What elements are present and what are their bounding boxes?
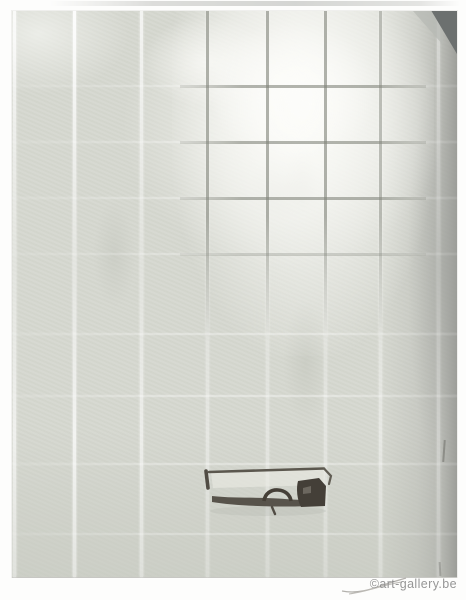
artwork-photo: ©art-gallery.be [0, 0, 466, 600]
tile-joint-horizontal [12, 395, 457, 397]
grout-line-vertical [324, 11, 327, 342]
niche-under-shadow [210, 506, 326, 516]
tile-joint-vertical [73, 11, 76, 577]
grout-line-vertical [379, 11, 382, 342]
niche-dark-object [297, 478, 326, 507]
gallery-watermark: ©art-gallery.be [370, 577, 457, 591]
grout-line-horizontal [180, 197, 426, 200]
grout-line-vertical [206, 11, 209, 342]
tile-joint-vertical [140, 11, 143, 577]
soap-niche [198, 457, 348, 521]
grout-line-vertical [266, 11, 269, 342]
pencil-mark [442, 440, 446, 462]
grout-line-horizontal [180, 141, 426, 144]
niche-left-edge [206, 471, 208, 488]
window-light-reflection [172, 11, 434, 356]
tile-joint-vertical [437, 11, 440, 577]
tile-joint-vertical [13, 11, 16, 577]
tile-joint-horizontal [12, 533, 457, 535]
top-border-smudge [50, 1, 460, 6]
grout-line-horizontal [180, 253, 426, 256]
grout-line-horizontal [180, 85, 426, 88]
painting [12, 11, 457, 577]
